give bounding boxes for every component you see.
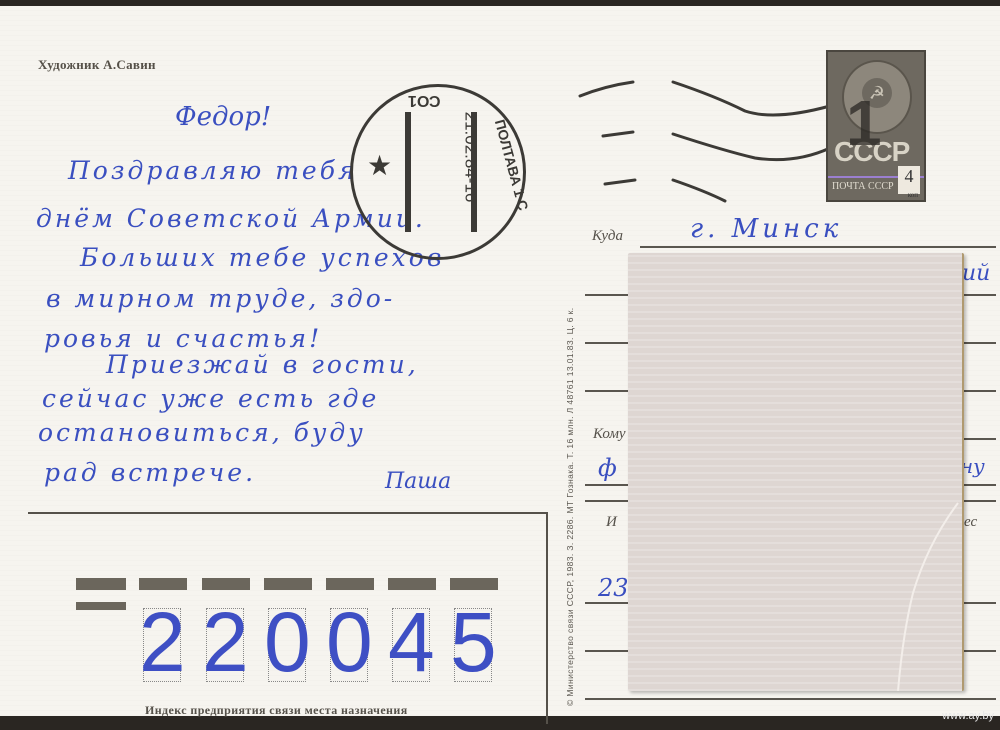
sender-label-start: И	[606, 514, 617, 531]
postmark-date: 21.02.84-16	[460, 112, 480, 203]
address-line	[640, 246, 996, 248]
index-digit: 0	[326, 598, 370, 686]
index-guide-bar	[202, 578, 250, 590]
message-line: в мирном труде, здо-	[46, 284, 395, 313]
index-caption: Индекс предприятия связи места назначени…	[145, 703, 408, 718]
address-line	[585, 698, 996, 700]
index-guide-bar	[139, 578, 187, 590]
signature: Паша	[385, 469, 451, 494]
message-line: сейчас уже есть где	[42, 384, 379, 413]
message-line: ровья и счастья!	[44, 324, 322, 353]
index-guide-bar	[76, 602, 126, 610]
cancel-mark: 1	[846, 86, 882, 160]
index-guide-bar	[388, 578, 436, 590]
postmark-bar	[405, 112, 411, 232]
message-line: Больших тебе успехов	[80, 243, 444, 272]
message-line: Приезжай в гости,	[106, 350, 419, 379]
publisher-imprint: © Министерство связи СССР, 1983. З. 2286…	[565, 307, 575, 706]
to-value: г. Минск	[690, 214, 842, 244]
cancellation-waves-icon	[575, 66, 835, 206]
address-handwriting: ф	[598, 454, 617, 482]
index-guide-bar	[326, 578, 374, 590]
index-guide-bar	[450, 578, 498, 590]
postmark-top-text: СО1	[408, 91, 441, 109]
message-line: рад встрече.	[44, 458, 256, 487]
stamp-unit: коп	[908, 191, 918, 199]
postcard: Художник А.Савин Федор! Поздравляю тебя …	[0, 6, 1000, 716]
sender-handwriting: 23	[598, 574, 629, 602]
index-digit: 0	[264, 598, 308, 686]
crease-icon	[628, 253, 962, 691]
stamp-value: 4	[898, 166, 920, 194]
postmark: СО1 ★ 21.02.84-16 ПОЛТАВА 1 С	[350, 84, 526, 260]
index-digit: 2	[202, 598, 246, 686]
sender-label-end: ес	[964, 514, 977, 531]
index-guide-bar	[76, 578, 126, 590]
watermark: www.ay.by	[942, 710, 994, 722]
index-digit: 5	[450, 598, 494, 686]
to-label: Куда	[592, 228, 623, 245]
index-digit: 4	[388, 598, 432, 686]
index-guide-bar	[264, 578, 312, 590]
stamp-post-label: ПОЧТА СССР	[832, 181, 894, 192]
address-handwriting: ий	[962, 261, 990, 286]
message-line: Поздравляю тебя	[68, 156, 358, 185]
message-line: остановиться, буду	[38, 418, 366, 447]
index-digit: 2	[139, 598, 183, 686]
paper-cover	[628, 253, 964, 691]
postmark-city: ПОЛТАВА 1 С	[492, 118, 532, 212]
stamp-footer: ПОЧТА СССР 4 коп	[828, 176, 924, 200]
artist-credit: Художник А.Савин	[38, 57, 156, 73]
message-greeting: Федор!	[175, 102, 271, 132]
star-icon: ★	[367, 149, 392, 183]
whom-label: Кому	[593, 426, 626, 443]
